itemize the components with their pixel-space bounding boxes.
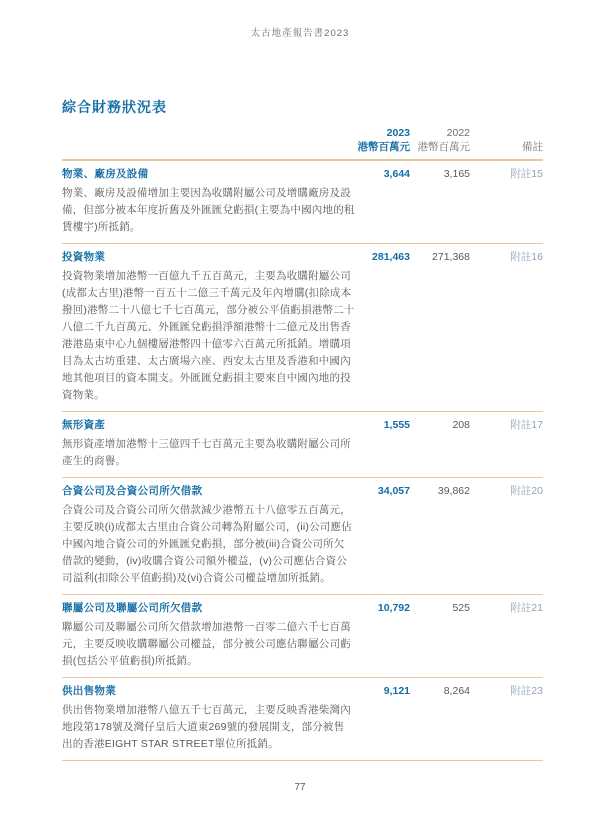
line-item-label: 合資公司及合資公司所欠借款 bbox=[62, 484, 357, 499]
line-item-label: 供出售物業 bbox=[62, 684, 357, 699]
line-item-label: 投資物業 bbox=[62, 250, 357, 265]
table-row: 合資公司及合資公司所欠借款 合資公司及合資公司所欠借款減少港幣五十八億零五百萬元… bbox=[62, 478, 543, 595]
column-notes-label: 備註 bbox=[470, 141, 543, 155]
table-header: 2023 港幣百萬元 2022 港幣百萬元 備註 bbox=[62, 127, 543, 161]
line-item-description: 聯屬公司及聯屬公司所欠借款增加港幣一百零二億六千七百萬元，主要反映收購聯屬公司權… bbox=[62, 619, 357, 670]
line-item-label: 無形資產 bbox=[62, 418, 357, 433]
value-2023: 3,644 bbox=[357, 167, 410, 236]
line-item-description: 無形資產增加港幣十三億四千七百萬元主要為收購附屬公司所產生的商譽。 bbox=[62, 436, 357, 470]
line-item-description: 供出售物業增加港幣八億五千七百萬元，主要反映香港柴灣內地段第178號及灣仔皇后大… bbox=[62, 702, 357, 753]
table-row: 投資物業 投資物業增加港幣一百億九千五百萬元，主要為收購附屬公司(成都太古里)港… bbox=[62, 244, 543, 412]
report-page: 太古地產報告書2023 綜合財務狀況表 2023 港幣百萬元 2022 港幣百萬… bbox=[0, 0, 600, 814]
table-row: 物業、廠房及設備 物業、廠房及設備增加主要因為收購附屬公司及增購廠房及設備，但部… bbox=[62, 161, 543, 244]
value-2022: 271,368 bbox=[410, 250, 470, 404]
page-title: 綜合財務狀況表 bbox=[62, 97, 543, 117]
column-header-notes: 備註 bbox=[470, 127, 543, 154]
note-reference: 附註15 bbox=[470, 167, 543, 236]
line-item: 無形資產 無形資產增加港幣十三億四千七百萬元主要為收購附屬公司所產生的商譽。 bbox=[62, 418, 357, 470]
table-row: 聯屬公司及聯屬公司所欠借款 聯屬公司及聯屬公司所欠借款增加港幣一百零二億六千七百… bbox=[62, 595, 543, 678]
column-2023-unit: 港幣百萬元 bbox=[357, 141, 410, 155]
value-2023: 1,555 bbox=[357, 418, 410, 470]
column-2022-unit: 港幣百萬元 bbox=[410, 141, 470, 155]
value-2023: 9,121 bbox=[357, 684, 410, 753]
table-body: 物業、廠房及設備 物業、廠房及設備增加主要因為收購附屬公司及增購廠房及設備，但部… bbox=[62, 161, 543, 761]
column-header-2023: 2023 港幣百萬元 bbox=[357, 127, 410, 154]
note-reference: 附註16 bbox=[470, 250, 543, 404]
content-area: 綜合財務狀況表 2023 港幣百萬元 2022 港幣百萬元 備註 物業、廠房及設… bbox=[62, 97, 543, 761]
line-item: 供出售物業 供出售物業增加港幣八億五千七百萬元，主要反映香港柴灣內地段第178號… bbox=[62, 684, 357, 753]
line-item-label: 物業、廠房及設備 bbox=[62, 167, 357, 182]
note-reference: 附註20 bbox=[470, 484, 543, 587]
value-2023: 10,792 bbox=[357, 601, 410, 670]
column-header-2022: 2022 港幣百萬元 bbox=[410, 127, 470, 154]
note-reference: 附註23 bbox=[470, 684, 543, 753]
header-spacer bbox=[62, 127, 357, 154]
note-reference: 附註21 bbox=[470, 601, 543, 670]
value-2022: 208 bbox=[410, 418, 470, 470]
note-reference: 附註17 bbox=[470, 418, 543, 470]
value-2023: 281,463 bbox=[357, 250, 410, 404]
table-row: 供出售物業 供出售物業增加港幣八億五千七百萬元，主要反映香港柴灣內地段第178號… bbox=[62, 678, 543, 761]
line-item-label: 聯屬公司及聯屬公司所欠借款 bbox=[62, 601, 357, 616]
page-number: 77 bbox=[0, 782, 600, 793]
column-2022-year: 2022 bbox=[410, 127, 470, 141]
line-item-description: 合資公司及合資公司所欠借款減少港幣五十八億零五百萬元，主要反映(i)成都太古里由… bbox=[62, 502, 357, 587]
value-2022: 8,264 bbox=[410, 684, 470, 753]
line-item-description: 物業、廠房及設備增加主要因為收購附屬公司及增購廠房及設備，但部分被本年度折舊及外… bbox=[62, 185, 357, 236]
line-item: 物業、廠房及設備 物業、廠房及設備增加主要因為收購附屬公司及增購廠房及設備，但部… bbox=[62, 167, 357, 236]
line-item: 合資公司及合資公司所欠借款 合資公司及合資公司所欠借款減少港幣五十八億零五百萬元… bbox=[62, 484, 357, 587]
document-header: 太古地產報告書2023 bbox=[0, 25, 600, 39]
line-item: 聯屬公司及聯屬公司所欠借款 聯屬公司及聯屬公司所欠借款增加港幣一百零二億六千七百… bbox=[62, 601, 357, 670]
table-row: 無形資產 無形資產增加港幣十三億四千七百萬元主要為收購附屬公司所產生的商譽。 1… bbox=[62, 412, 543, 478]
value-2022: 525 bbox=[410, 601, 470, 670]
column-2023-year: 2023 bbox=[357, 127, 410, 141]
line-item: 投資物業 投資物業增加港幣一百億九千五百萬元，主要為收購附屬公司(成都太古里)港… bbox=[62, 250, 357, 404]
value-2022: 39,862 bbox=[410, 484, 470, 587]
value-2023: 34,057 bbox=[357, 484, 410, 587]
value-2022: 3,165 bbox=[410, 167, 470, 236]
line-item-description: 投資物業增加港幣一百億九千五百萬元，主要為收購附屬公司(成都太古里)港幣一百五十… bbox=[62, 268, 357, 404]
